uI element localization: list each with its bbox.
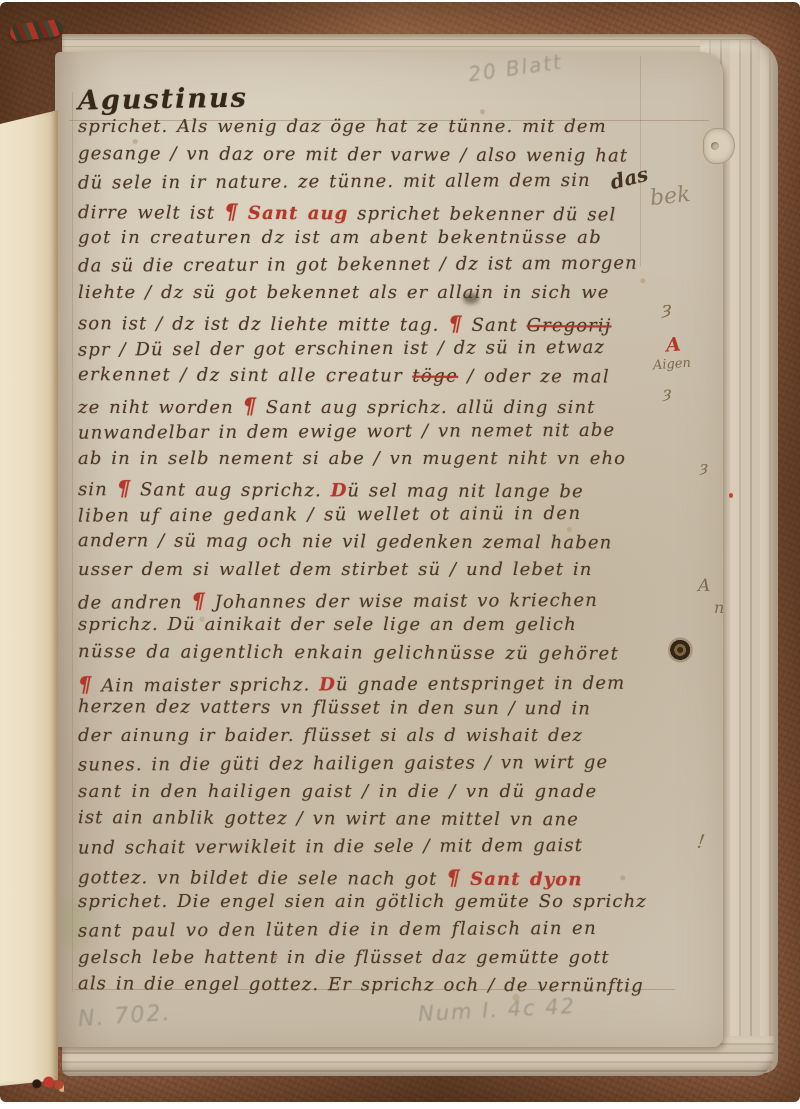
text-segment: unwandelbar in dem ewige wort / vn nemet… — [78, 419, 615, 443]
text-segment: und schait verwikleit in die sele / mit … — [78, 835, 583, 859]
text-segment: herzen dez vatters vn flüsset in den sun… — [78, 697, 591, 720]
manuscript-line: ab in in selb nement si abe / vn mugent … — [78, 448, 694, 476]
manuscript-line: sprichet. Die engel sien ain götlich gem… — [78, 891, 694, 919]
margin-note: Aigen — [653, 356, 692, 374]
manuscript-line: liehte / dz sü got bekennet als er allai… — [78, 282, 694, 310]
text-segment: sant paul vo den lüten die in dem flaisc… — [78, 918, 597, 942]
rubric-pilcrow: ¶ — [78, 671, 93, 696]
text-segment: sin — [78, 479, 117, 500]
manuscript-line: erkennet / dz sint alle creatur töge / o… — [78, 364, 694, 394]
manuscript-line: liben uf aine gedank / sü wellet ot ainü… — [78, 502, 694, 533]
margin-note: bek — [649, 182, 692, 211]
text-segment: Gregorij — [527, 315, 612, 336]
text-segment: Johannes der wise maist vo kriechen — [206, 590, 598, 613]
text-segment: usser dem si wallet dem stirbet sü / und… — [78, 559, 592, 580]
text-segment: dü sele in ir nature. ze tünne. mit alle… — [78, 170, 591, 194]
text-segment: andern / sü mag och nie vil gedenken zem… — [78, 530, 612, 553]
manuscript-line: andern / sü mag och nie vil gedenken zem… — [78, 530, 694, 560]
text-segment: de andren — [78, 592, 191, 614]
manuscript-line: ¶ Ain maister sprichz. Dü gnade entsprin… — [78, 668, 694, 699]
red-speck-on-fore-edge — [729, 493, 733, 498]
manuscript-line: und schait verwikleit in die sele / mit … — [78, 834, 694, 865]
margin-note: n — [714, 598, 724, 617]
text-segment: sunes. in die güti dez hailigen gaistes … — [78, 752, 608, 776]
text-segment: D — [331, 480, 348, 501]
text-segment: gottez. vn bildet die sele nach got — [78, 867, 446, 890]
text-segment: als in die engel gottez. Er sprichz och … — [78, 973, 644, 996]
manuscript-line: got in creaturen dz ist am abent bekentn… — [78, 227, 694, 255]
text-segment: nüsse da aigentlich enkain gelichnüsse z… — [78, 641, 619, 664]
text-segment: Sant — [463, 315, 527, 336]
rubric-pilcrow: ¶ — [224, 199, 239, 224]
text-segment: der ainung ir baider. flüsset si als d w… — [78, 725, 583, 746]
text-segment: ist ain anblik gottez / vn wirt ane mitt… — [78, 807, 579, 830]
manuscript-text-block: sprichet. Als wenig daz öge hat ze tünne… — [78, 116, 694, 1002]
text-segment: ü gnade entspringet in dem — [336, 672, 625, 695]
manuscript-line: sprichz. Dü ainikait der sele lige an de… — [78, 614, 694, 642]
text-segment: Sant dyon — [461, 868, 583, 890]
text-segment: / oder ze mal — [458, 366, 610, 388]
rubric-pilcrow: ¶ — [243, 393, 257, 418]
text-segment: got in creaturen dz ist am abent bekentn… — [78, 227, 602, 248]
manuscript-line: sant paul vo den lüten die in dem flaisc… — [78, 917, 694, 948]
facing-flyleaf-page — [0, 110, 58, 1086]
text-segment: liehte / dz sü got bekennet als er allai… — [78, 282, 609, 303]
text-segment: dirre welt ist — [78, 202, 224, 224]
text-segment: Sant aug sprichz. allü ding sint — [257, 397, 595, 418]
manuscript-line: der ainung ir baider. flüsset si als d w… — [78, 725, 694, 753]
manuscript-line: dirre welt ist ¶ Sant aug sprichet beken… — [78, 198, 694, 228]
manuscript-line: sunes. in die güti dez hailigen gaistes … — [78, 751, 694, 782]
text-segment: sprichet. Als wenig daz öge hat ze tünne… — [78, 116, 607, 137]
text-segment: da sü die creatur in got bekennet / dz i… — [78, 253, 638, 277]
text-segment: gesange / vn daz ore mit der varwe / als… — [78, 143, 628, 166]
rubric-pilcrow: ¶ — [117, 475, 132, 500]
text-segment: Sant aug — [239, 203, 349, 224]
manuscript-line: son ist / dz ist dz liehte mitte tag. ¶ … — [78, 309, 694, 339]
manuscript-line: sant in den hailigen gaist / in die / vn… — [78, 781, 694, 809]
rubric-pilcrow: ¶ — [448, 311, 463, 336]
text-segment: son ist / dz ist dz liehte mitte tag. — [78, 313, 448, 336]
tailband-stitching — [30, 1074, 64, 1092]
manuscript-line: spr / Dü sel der got erschinen ist / dz … — [78, 336, 694, 367]
text-segment: gelsch lebe hattent in die flüsset daz g… — [78, 947, 610, 968]
margin-note: ȝ — [662, 298, 671, 319]
manuscript-line: ist ain anblik gottez / vn wirt ane mitt… — [78, 807, 694, 837]
page-title: Agustinus — [78, 83, 248, 117]
rubric-pilcrow: ¶ — [191, 588, 206, 613]
manuscript-line: de andren ¶ Johannes der wise maist vo k… — [78, 585, 694, 616]
text-segment: sprichet bekenner dü sel — [348, 203, 616, 225]
text-segment: sprichz. Dü ainikait der sele lige an de… — [78, 614, 577, 635]
text-segment: töge — [412, 366, 458, 387]
text-segment: liben uf aine gedank / sü wellet ot ainü… — [78, 503, 582, 527]
text-segment: spr / Dü sel der got erschinen ist / dz … — [78, 336, 605, 360]
ruling-line-left — [72, 92, 73, 992]
text-segment: ab in in selb nement si abe / vn mugent … — [78, 448, 626, 469]
manuscript-line: als in die engel gottez. Er sprichz och … — [78, 973, 694, 1003]
manuscript-line: herzen dez vatters vn flüsset in den sun… — [78, 697, 694, 727]
text-segment: sant in den hailigen gaist / in die / vn… — [78, 781, 598, 802]
manuscript-line: gottez. vn bildet die sele nach got ¶ Sa… — [78, 863, 694, 893]
manuscript-line: ze niht worden ¶ Sant aug sprichz. allü … — [78, 393, 694, 421]
manuscript-line: sprichet. Als wenig daz öge hat ze tünne… — [78, 116, 694, 144]
manuscript-line: usser dem si wallet dem stirbet sü / und… — [78, 559, 694, 587]
manuscript-line: dü sele in ir nature. ze tünne. mit alle… — [78, 170, 694, 201]
manuscript-photo: Agustinus sprichet. Als wenig daz öge ha… — [0, 0, 800, 1109]
margin-note: ȝ — [663, 383, 671, 402]
text-segment: D — [319, 674, 336, 695]
text-segment: sprichet. Die engel sien ain götlich gem… — [78, 891, 647, 912]
text-segment: ü sel mag nit lange be — [347, 480, 583, 502]
manuscript-line: gesange / vn daz ore mit der varwe / als… — [78, 143, 694, 173]
text-segment: Sant aug sprichz. — [131, 479, 331, 501]
manuscript-line: gelsch lebe hattent in die flüsset daz g… — [78, 947, 694, 975]
text-segment: erkennet / dz sint alle creatur — [78, 364, 412, 386]
rubric-pilcrow: ¶ — [446, 864, 461, 889]
text-segment: ze niht worden — [78, 397, 243, 418]
manuscript-line: nüsse da aigentlich enkain gelichnüsse z… — [78, 641, 694, 671]
manuscript-line: da sü die creatur in got bekennet / dz i… — [78, 253, 694, 284]
text-segment: Ain maister sprichz. — [92, 674, 319, 696]
manuscript-line: unwandelbar in dem ewige wort / vn nemet… — [78, 419, 694, 450]
margin-note: A — [665, 333, 682, 356]
manuscript-line: sin ¶ Sant aug sprichz. Dü sel mag nit l… — [78, 475, 694, 505]
margin-note: A — [698, 576, 710, 596]
margin-note: ȝ — [700, 458, 708, 476]
